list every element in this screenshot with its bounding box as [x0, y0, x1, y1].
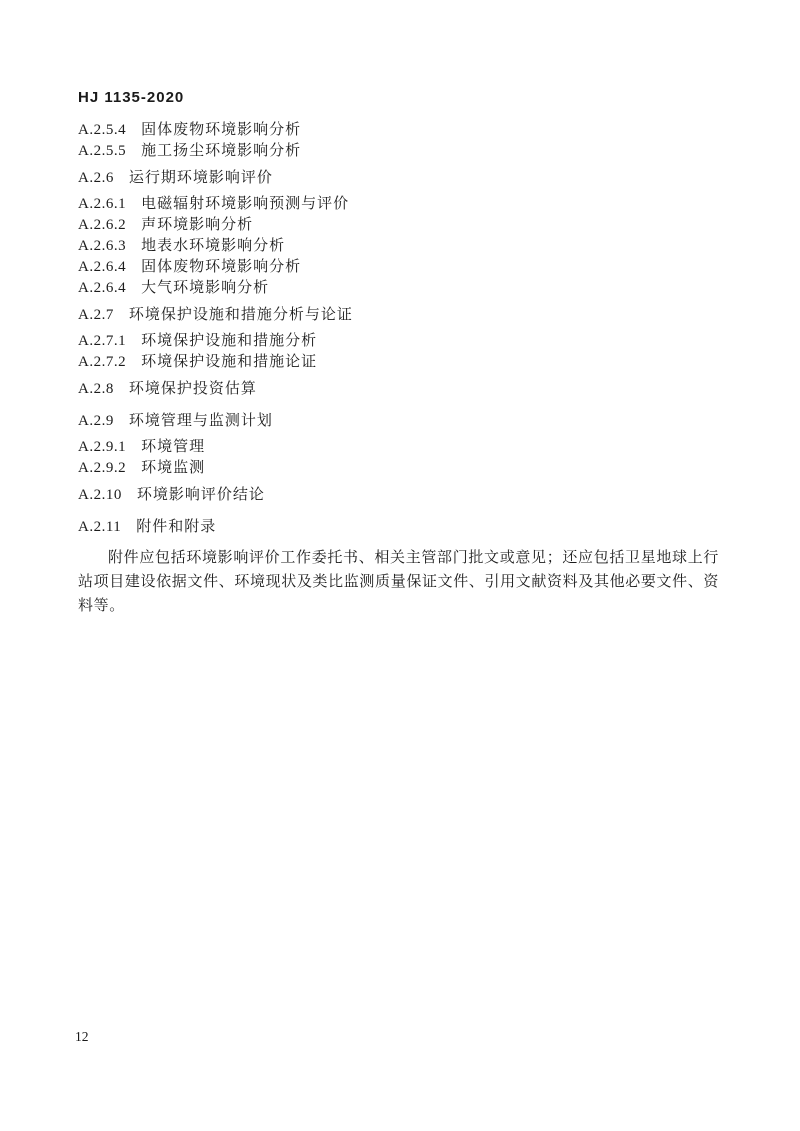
doc-code-header: HJ 1135-2020: [78, 89, 184, 106]
toc-item-number: A.2.6: [78, 168, 114, 189]
toc-item-title: 环境影响评价结论: [137, 487, 265, 503]
toc-item-number: A.2.11: [78, 517, 121, 538]
toc-item: A.2.10环境影响评价结论: [78, 479, 719, 511]
toc-item-title: 环境管理: [141, 439, 205, 455]
toc-item: A.2.9.2环境监测: [78, 458, 719, 479]
toc-item: A.2.9.1环境管理: [78, 437, 719, 458]
toc-list: A.2.5.4固体废物环境影响分析A.2.5.5施工扬尘环境影响分析A.2.6运…: [78, 120, 719, 543]
toc-item: A.2.6.2声环境影响分析: [78, 215, 719, 236]
toc-item-number: A.2.6.4: [78, 257, 126, 278]
toc-item-number: A.2.6.2: [78, 215, 126, 236]
page-number: 12: [75, 1029, 89, 1045]
toc-item-number: A.2.7.2: [78, 352, 126, 373]
toc-item-number: A.2.6.4: [78, 278, 126, 299]
toc-item-title: 电磁辐射环境影响预测与评价: [141, 196, 349, 212]
toc-item-title: 环境保护设施和措施分析: [141, 333, 317, 349]
toc-item-title: 环境保护投资估算: [129, 381, 257, 397]
toc-item-title: 声环境影响分析: [141, 217, 253, 233]
toc-item-title: 地表水环境影响分析: [141, 238, 285, 254]
toc-item: A.2.5.5施工扬尘环境影响分析: [78, 141, 719, 162]
toc-item: A.2.9环境管理与监测计划: [78, 405, 719, 437]
toc-item-number: A.2.10: [78, 485, 122, 506]
toc-item-number: A.2.6.1: [78, 194, 126, 215]
toc-item-title: 固体废物环境影响分析: [141, 259, 301, 275]
toc-item: A.2.7.2环境保护设施和措施论证: [78, 352, 719, 373]
toc-item: A.2.6.3地表水环境影响分析: [78, 236, 719, 257]
toc-item: A.2.6运行期环境影响评价: [78, 162, 719, 194]
toc-item-title: 运行期环境影响评价: [129, 170, 273, 186]
toc-item-title: 固体废物环境影响分析: [141, 122, 301, 138]
toc-item: A.2.6.1电磁辐射环境影响预测与评价: [78, 194, 719, 215]
toc-item-title: 附件和附录: [136, 519, 216, 535]
toc-item-title: 环境监测: [141, 460, 205, 476]
toc-item-title: 施工扬尘环境影响分析: [141, 143, 301, 159]
toc-item: A.2.5.4固体废物环境影响分析: [78, 120, 719, 141]
toc-item-number: A.2.9.2: [78, 458, 126, 479]
toc-item: A.2.6.4大气环境影响分析: [78, 278, 719, 299]
toc-item-title: 大气环境影响分析: [141, 280, 269, 296]
toc-item: A.2.8环境保护投资估算: [78, 373, 719, 405]
toc-item: A.2.7.1环境保护设施和措施分析: [78, 331, 719, 352]
toc-item-number: A.2.7: [78, 305, 114, 326]
toc-item: A.2.6.4固体废物环境影响分析: [78, 257, 719, 278]
toc-item-number: A.2.6.3: [78, 236, 126, 257]
toc-item-number: A.2.8: [78, 379, 114, 400]
toc-item-number: A.2.5.5: [78, 141, 126, 162]
toc-item-number: A.2.9: [78, 411, 114, 432]
toc-item-title: 环境保护设施和措施论证: [141, 354, 317, 370]
toc-item-title: 环境保护设施和措施分析与论证: [129, 307, 353, 323]
toc-item: A.2.11附件和附录: [78, 511, 719, 543]
toc-item-number: A.2.7.1: [78, 331, 126, 352]
toc-item-number: A.2.5.4: [78, 120, 126, 141]
toc-item: A.2.7环境保护设施和措施分析与论证: [78, 299, 719, 331]
page-content: A.2.5.4固体废物环境影响分析A.2.5.5施工扬尘环境影响分析A.2.6运…: [78, 120, 719, 618]
toc-item-title: 环境管理与监测计划: [129, 413, 273, 429]
toc-item-number: A.2.9.1: [78, 437, 126, 458]
document-page: HJ 1135-2020 A.2.5.4固体废物环境影响分析A.2.5.5施工扬…: [0, 0, 800, 1131]
appendix-note-paragraph: 附件应包括环境影响评价工作委托书、相关主管部门批文或意见；还应包括卫星地球上行站…: [78, 543, 719, 618]
